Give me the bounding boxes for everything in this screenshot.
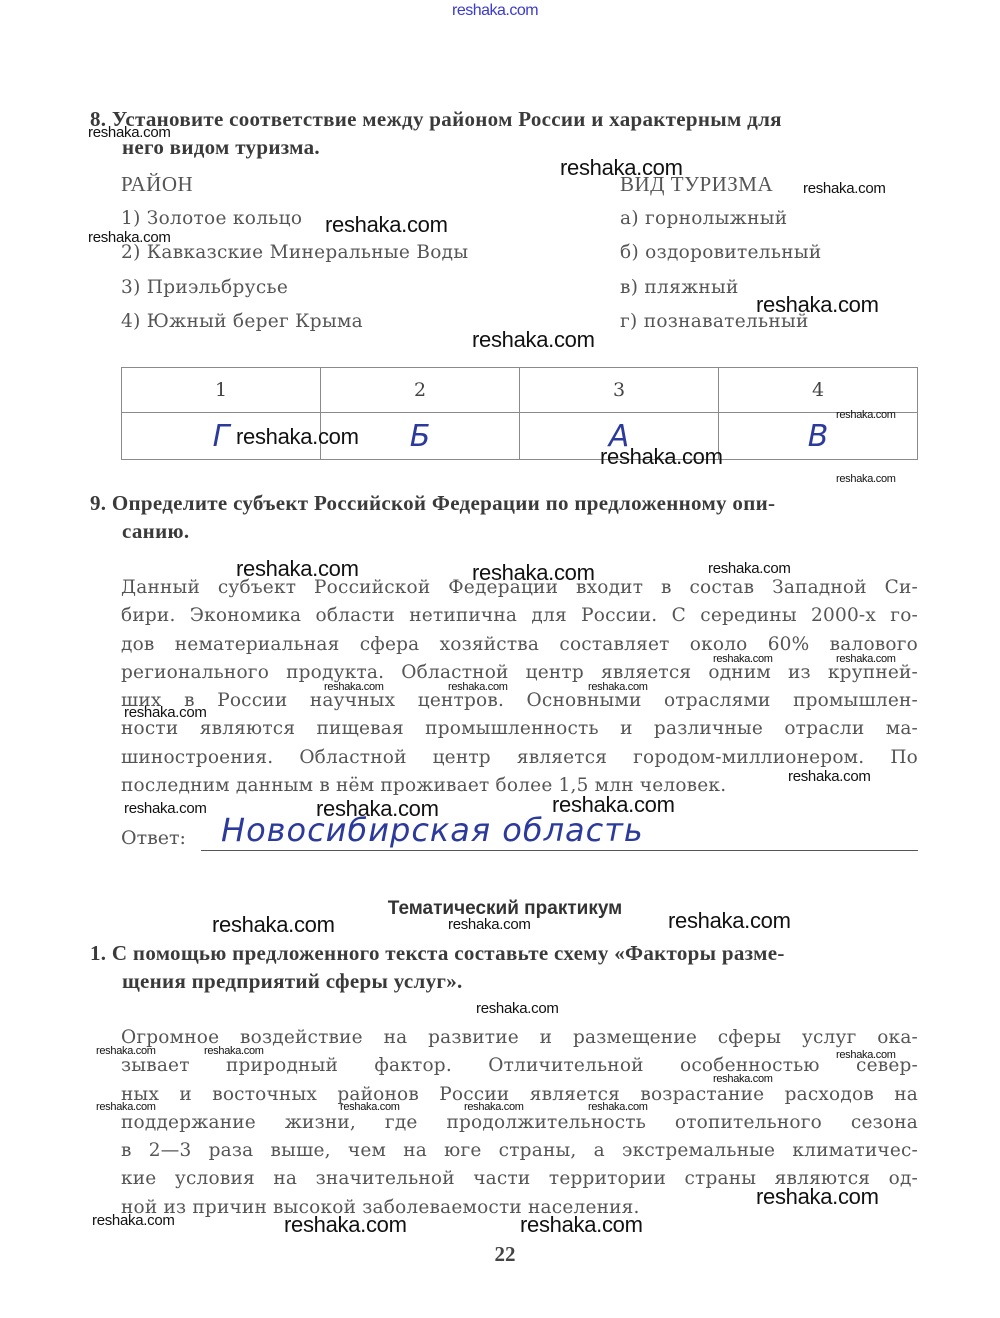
- watermark[interactable]: reshaka.com: [325, 212, 448, 238]
- answer-table-header-4: 4: [719, 368, 918, 413]
- watermark[interactable]: reshaka.com: [464, 1101, 524, 1113]
- handwritten-answer-2: Б: [410, 419, 431, 454]
- watermark[interactable]: reshaka.com: [756, 292, 879, 318]
- tourism-item-c: в) пляжный: [620, 277, 739, 298]
- watermark[interactable]: reshaka.com: [236, 424, 359, 450]
- tourism-item-a: а) горнолыжный: [620, 208, 787, 229]
- task8-title-line1: 8. Установите соответствие между районом…: [90, 107, 782, 131]
- region-item-3: 3) Приэльбрусье: [121, 277, 288, 298]
- watermark[interactable]: reshaka.com: [324, 681, 384, 693]
- watermark-top[interactable]: reshaka.com: [452, 2, 538, 20]
- task8-title-line2: него видом туризма.: [90, 133, 920, 161]
- region-item-2: 2) Кавказские Минеральные Воды: [121, 242, 468, 263]
- task9-title-line2: санию.: [90, 517, 920, 545]
- page-number: 22: [0, 1242, 1000, 1267]
- answer-input-line[interactable]: [201, 850, 918, 851]
- answer-table-header-2: 2: [321, 368, 520, 413]
- watermark[interactable]: reshaka.com: [713, 653, 773, 665]
- watermark[interactable]: reshaka.com: [472, 560, 595, 586]
- watermark[interactable]: reshaka.com: [88, 124, 171, 141]
- watermark[interactable]: reshaka.com: [316, 796, 439, 822]
- practicum-line: поддержание жизни, где продолжительность…: [121, 1109, 918, 1137]
- region-item-4: 4) Южный берег Крыма: [121, 311, 363, 332]
- watermark[interactable]: reshaka.com: [600, 444, 723, 470]
- task9-line: ших в России научных центров. Основными …: [121, 687, 918, 715]
- handwritten-answer-1: Г: [213, 419, 230, 454]
- watermark[interactable]: reshaka.com: [96, 1045, 156, 1057]
- region-item-1: 1) Золотое кольцо: [121, 208, 302, 229]
- practicum-task1-title-line1: 1. С помощью предложенного текста состав…: [90, 941, 785, 965]
- practicum-task1-title-line2: щения предприятий сферы услуг».: [90, 967, 920, 995]
- watermark[interactable]: reshaka.com: [212, 912, 335, 938]
- answer-table-header-row: 1 2 3 4: [122, 368, 918, 413]
- watermark[interactable]: reshaka.com: [836, 473, 896, 485]
- task9-answer-row: Ответ: Новосибирская область: [121, 815, 918, 855]
- watermark[interactable]: reshaka.com: [708, 560, 791, 577]
- watermark[interactable]: reshaka.com: [448, 681, 508, 693]
- watermark[interactable]: reshaka.com: [204, 1045, 264, 1057]
- task9-description: Данный субъект Российской Федерации вход…: [121, 574, 918, 800]
- handwritten-answer-4: В: [808, 419, 829, 454]
- watermark[interactable]: reshaka.com: [96, 1101, 156, 1113]
- watermark[interactable]: reshaka.com: [520, 1212, 643, 1238]
- practicum-task1-title: 1. С помощью предложенного текста состав…: [90, 939, 920, 995]
- watermark[interactable]: reshaka.com: [756, 1184, 879, 1210]
- watermark[interactable]: reshaka.com: [560, 155, 683, 181]
- watermark[interactable]: reshaka.com: [236, 556, 359, 582]
- watermark[interactable]: reshaka.com: [284, 1212, 407, 1238]
- task9-title-line1: 9. Определите субъект Российской Федерац…: [90, 491, 775, 515]
- watermark[interactable]: reshaka.com: [552, 792, 675, 818]
- watermark[interactable]: reshaka.com: [476, 1000, 559, 1017]
- watermark[interactable]: reshaka.com: [836, 1049, 896, 1061]
- watermark[interactable]: reshaka.com: [788, 768, 871, 785]
- watermark[interactable]: reshaka.com: [713, 1073, 773, 1085]
- task9-line: бири. Экономика области нетипична для Ро…: [121, 602, 918, 630]
- task8-title: 8. Установите соответствие между районом…: [90, 105, 920, 161]
- watermark[interactable]: reshaka.com: [588, 681, 648, 693]
- watermark[interactable]: reshaka.com: [92, 1212, 175, 1229]
- watermark[interactable]: reshaka.com: [836, 653, 896, 665]
- watermark[interactable]: reshaka.com: [472, 327, 595, 353]
- answer-table-header-3: 3: [520, 368, 719, 413]
- watermark[interactable]: reshaka.com: [803, 180, 886, 197]
- watermark[interactable]: reshaka.com: [340, 1101, 400, 1113]
- tourism-item-b: б) оздоровительный: [620, 242, 822, 263]
- watermark[interactable]: reshaka.com: [448, 916, 531, 933]
- answer-label: Ответ:: [121, 827, 186, 849]
- answer-table-header-1: 1: [122, 368, 321, 413]
- watermark[interactable]: reshaka.com: [668, 908, 791, 934]
- task9-line: регионального продукта. Областной центр …: [121, 659, 918, 687]
- task9-line: дов нематериальная сфера хозяйства соста…: [121, 631, 918, 659]
- task9-title: 9. Определите субъект Российской Федерац…: [90, 489, 920, 545]
- watermark[interactable]: reshaka.com: [124, 704, 207, 721]
- practicum-line: в 2—3 раза выше, чем на юге страны, а эк…: [121, 1137, 918, 1165]
- task9-line: ности являются пищевая промышленность и …: [121, 715, 918, 743]
- region-column-header: РАЙОН: [121, 172, 193, 197]
- watermark[interactable]: reshaka.com: [124, 800, 207, 817]
- watermark[interactable]: reshaka.com: [88, 229, 171, 246]
- watermark[interactable]: reshaka.com: [836, 409, 896, 421]
- watermark[interactable]: reshaka.com: [588, 1101, 648, 1113]
